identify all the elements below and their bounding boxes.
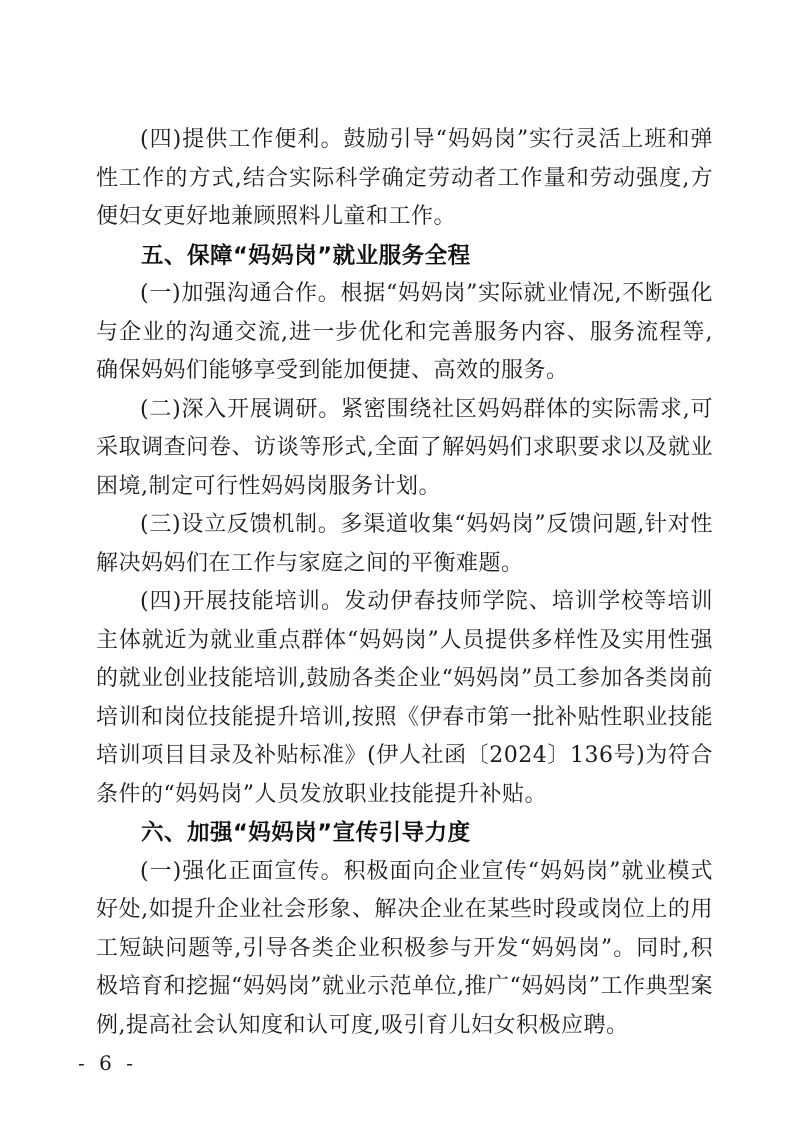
paragraph-item3-feedback: (三)设立反馈机制。多渠道收集“妈妈岗”反馈问题,针对性解决妈妈们在工作与家庭之… xyxy=(96,506,713,583)
document-page: (四)提供工作便利。鼓励引导“妈妈岗”实行灵活上班和弹性工作的方式,结合实际科学… xyxy=(0,0,793,1122)
paragraph-item4-skills-training: (四)开展技能培训。发动伊春技师学院、培训学校等培训主体就近为就业重点群体“妈妈… xyxy=(96,583,713,814)
section-heading-5: 五、保障“妈妈岗”就业服务全程 xyxy=(96,237,713,276)
page-number: - 6 - xyxy=(78,1051,137,1075)
section-heading-6: 六、加强“妈妈岗”宣传引导力度 xyxy=(96,814,713,853)
document-text-block: (四)提供工作便利。鼓励引导“妈妈岗”实行灵活上班和弹性工作的方式,结合实际科学… xyxy=(96,121,713,1045)
paragraph-item1-communication: (一)加强沟通合作。根据“妈妈岗”实际就业情况,不断强化与企业的沟通交流,进一步… xyxy=(96,275,713,391)
paragraph-item2-research: (二)深入开展调研。紧密围绕社区妈妈群体的实际需求,可采取调查问卷、访谈等形式,… xyxy=(96,391,713,507)
paragraph-item4-work-convenience: (四)提供工作便利。鼓励引导“妈妈岗”实行灵活上班和弹性工作的方式,结合实际科学… xyxy=(96,121,713,237)
paragraph-item1-publicity: (一)强化正面宣传。积极面向企业宣传“妈妈岗”就业模式好处,如提升企业社会形象、… xyxy=(96,853,713,1046)
